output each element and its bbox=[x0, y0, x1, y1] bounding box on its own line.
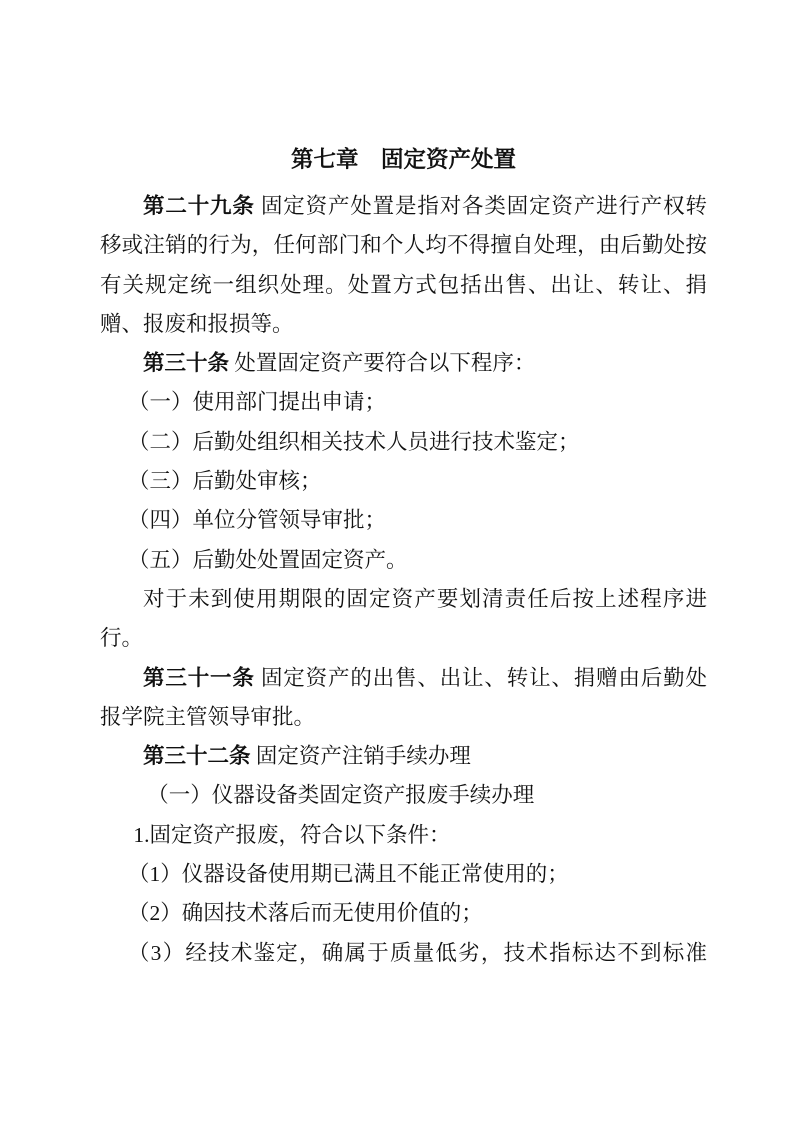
condition-item-3: （3）经技术鉴定，确属于质量低劣，技术指标达不到标准 bbox=[100, 934, 707, 973]
paragraph-article-32: 第三十二条 固定资产注销手续办理 bbox=[100, 737, 707, 776]
paragraph-text: （四）单位分管领导审批； bbox=[128, 508, 386, 532]
paragraph-text: 固定资产注销手续办理 bbox=[251, 744, 471, 768]
paragraph-article-30: 第三十条 处置固定资产要符合以下程序： bbox=[100, 344, 707, 383]
list-item-3: （三）后勤处审核； bbox=[100, 462, 707, 501]
paragraph-text: 对于未到使用期限的固定资产要划清责任后按上述程序进行。 bbox=[100, 587, 707, 650]
paragraph-text: （一）使用部门提出申请； bbox=[128, 390, 386, 414]
article-number: 第二十九条 bbox=[143, 194, 255, 218]
list-item-1: （一）使用部门提出申请； bbox=[100, 383, 707, 422]
paragraph-text: （1）仪器设备使用期已满且不能正常使用的； bbox=[128, 862, 569, 886]
document-body: 第二十九条 固定资产处置是指对各类固定资产进行产权转移或注销的行为，任何部门和个… bbox=[100, 187, 707, 973]
paragraph-text: （五）后勤处处置固定资产。 bbox=[128, 548, 408, 572]
paragraph-text: （三）后勤处审核； bbox=[128, 469, 322, 493]
paragraph-text: （2）确因技术落后而无使用价值的； bbox=[128, 901, 483, 925]
paragraph-text: （二）后勤处组织相关技术人员进行技术鉴定； bbox=[128, 430, 580, 454]
condition-item-1: （1）仪器设备使用期已满且不能正常使用的； bbox=[100, 855, 707, 894]
paragraph-article-31: 第三十一条 固定资产的出售、出让、转让、捐赠由后勤处报学院主管领导审批。 bbox=[100, 659, 707, 738]
article-number: 第三十条 bbox=[143, 351, 229, 375]
paragraph-text: （3）经技术鉴定，确属于质量低劣，技术指标达不到标准 bbox=[128, 941, 707, 965]
document-page: 第七章 固定资产处置 第二十九条 固定资产处置是指对各类固定资产进行产权转移或注… bbox=[0, 0, 793, 1122]
chapter-title: 第七章 固定资产处置 bbox=[100, 140, 707, 180]
paragraph-article-29: 第二十九条 固定资产处置是指对各类固定资产进行产权转移或注销的行为，任何部门和个… bbox=[100, 187, 707, 344]
paragraph-text: 1.固定资产报废，符合以下条件： bbox=[133, 823, 450, 847]
article-number: 第三十一条 bbox=[143, 666, 255, 690]
subsection-item-1: （一）仪器设备类固定资产报废手续办理 bbox=[100, 776, 707, 815]
list-item-5: （五）后勤处处置固定资产。 bbox=[100, 541, 707, 580]
condition-item-2: （2）确因技术落后而无使用价值的； bbox=[100, 894, 707, 933]
article-number: 第三十二条 bbox=[143, 744, 251, 768]
list-item-2: （二）后勤处组织相关技术人员进行技术鉴定； bbox=[100, 423, 707, 462]
numbered-item-1: 1.固定资产报废，符合以下条件： bbox=[100, 816, 707, 855]
paragraph-text: 处置固定资产要符合以下程序： bbox=[229, 351, 535, 375]
paragraph-text: （一）仪器设备类固定资产报废手续办理 bbox=[147, 783, 534, 807]
paragraph-note: 对于未到使用期限的固定资产要划清责任后按上述程序进行。 bbox=[100, 580, 707, 659]
list-item-4: （四）单位分管领导审批； bbox=[100, 501, 707, 540]
